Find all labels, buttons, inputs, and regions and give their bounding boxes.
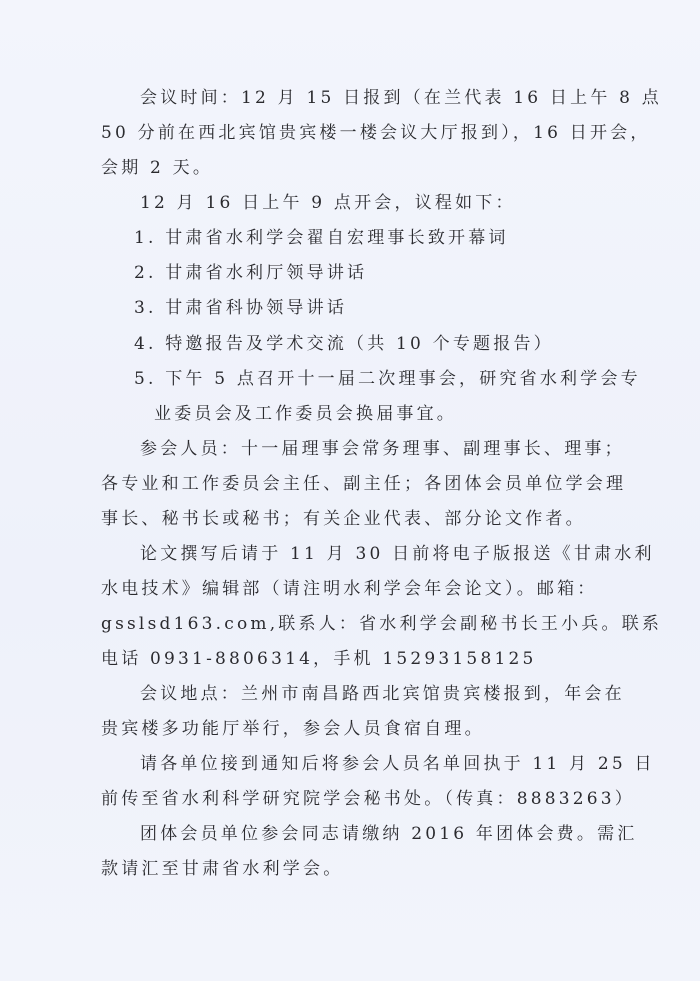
document-text-line: 款请汇至甘肃省水利学会。 xyxy=(101,859,343,879)
document-text-line: 论文撰写后请于 11 月 30 日前将电子版报送《甘肃水利 xyxy=(140,544,655,564)
document-text-line: 50 分前在西北宾馆贵宾楼一楼会议大厅报到），16 日开会， xyxy=(101,123,651,143)
document-text-line: 会议时间：12 月 15 日报到（在兰代表 16 日上午 8 点 xyxy=(140,88,662,108)
document-text-line: 4. 特邀报告及学术交流（共 10 个专题报告） xyxy=(134,334,554,354)
document-text-line: 水电技术》编辑部（请注明水利学会年会论文）。邮箱： xyxy=(101,579,598,599)
document-text-line: 会期 2 天。 xyxy=(101,158,213,178)
document-text-line: 事长、秘书长或秘书；有关企业代表、部分论文作者。 xyxy=(101,509,586,529)
document-text-line: 业委员会及工作委员会换届事宜。 xyxy=(154,404,457,424)
document-text-line: 1. 甘肃省水利学会翟自宏理事长致开幕词 xyxy=(134,228,509,248)
document-text-line: 各专业和工作委员会主任、副主任；各团体会员单位学会理 xyxy=(101,474,626,494)
document-text-line: 团体会员单位参会同志请缴纳 2016 年团体会费。需汇 xyxy=(140,824,637,844)
document-text-line: 参会人员：十一届理事会常务理事、副理事长、理事； xyxy=(140,439,625,459)
scanned-document-page: 会议时间：12 月 15 日报到（在兰代表 16 日上午 8 点50 分前在西北… xyxy=(0,0,700,981)
document-text-line: 请各单位接到通知后将参会人员名单回执于 11 月 25 日 xyxy=(140,754,655,774)
document-text-line: 电话 0931-8806314，手机 15293158125 xyxy=(101,649,537,669)
document-text-line: 贵宾楼多功能厅举行，参会人员食宿自理。 xyxy=(101,719,485,739)
document-text-line: 5. 下午 5 点召开十一届二次理事会，研究省水利学会专 xyxy=(134,369,641,389)
document-text-line: 前传至省水利科学研究院学会秘书处。（传真：8883263） xyxy=(101,789,635,809)
document-text-line: 会议地点：兰州市南昌路西北宾馆贵宾楼报到，年会在 xyxy=(140,684,625,704)
document-text-line: gsslsd163.com,联系人：省水利学会副秘书长王小兵。联系 xyxy=(101,614,662,634)
document-text-line: 3. 甘肃省科协领导讲话 xyxy=(134,298,347,318)
document-text-line: 12 月 16 日上午 9 点开会，议程如下： xyxy=(140,193,516,213)
document-text-line: 2. 甘肃省水利厅领导讲话 xyxy=(134,263,367,283)
